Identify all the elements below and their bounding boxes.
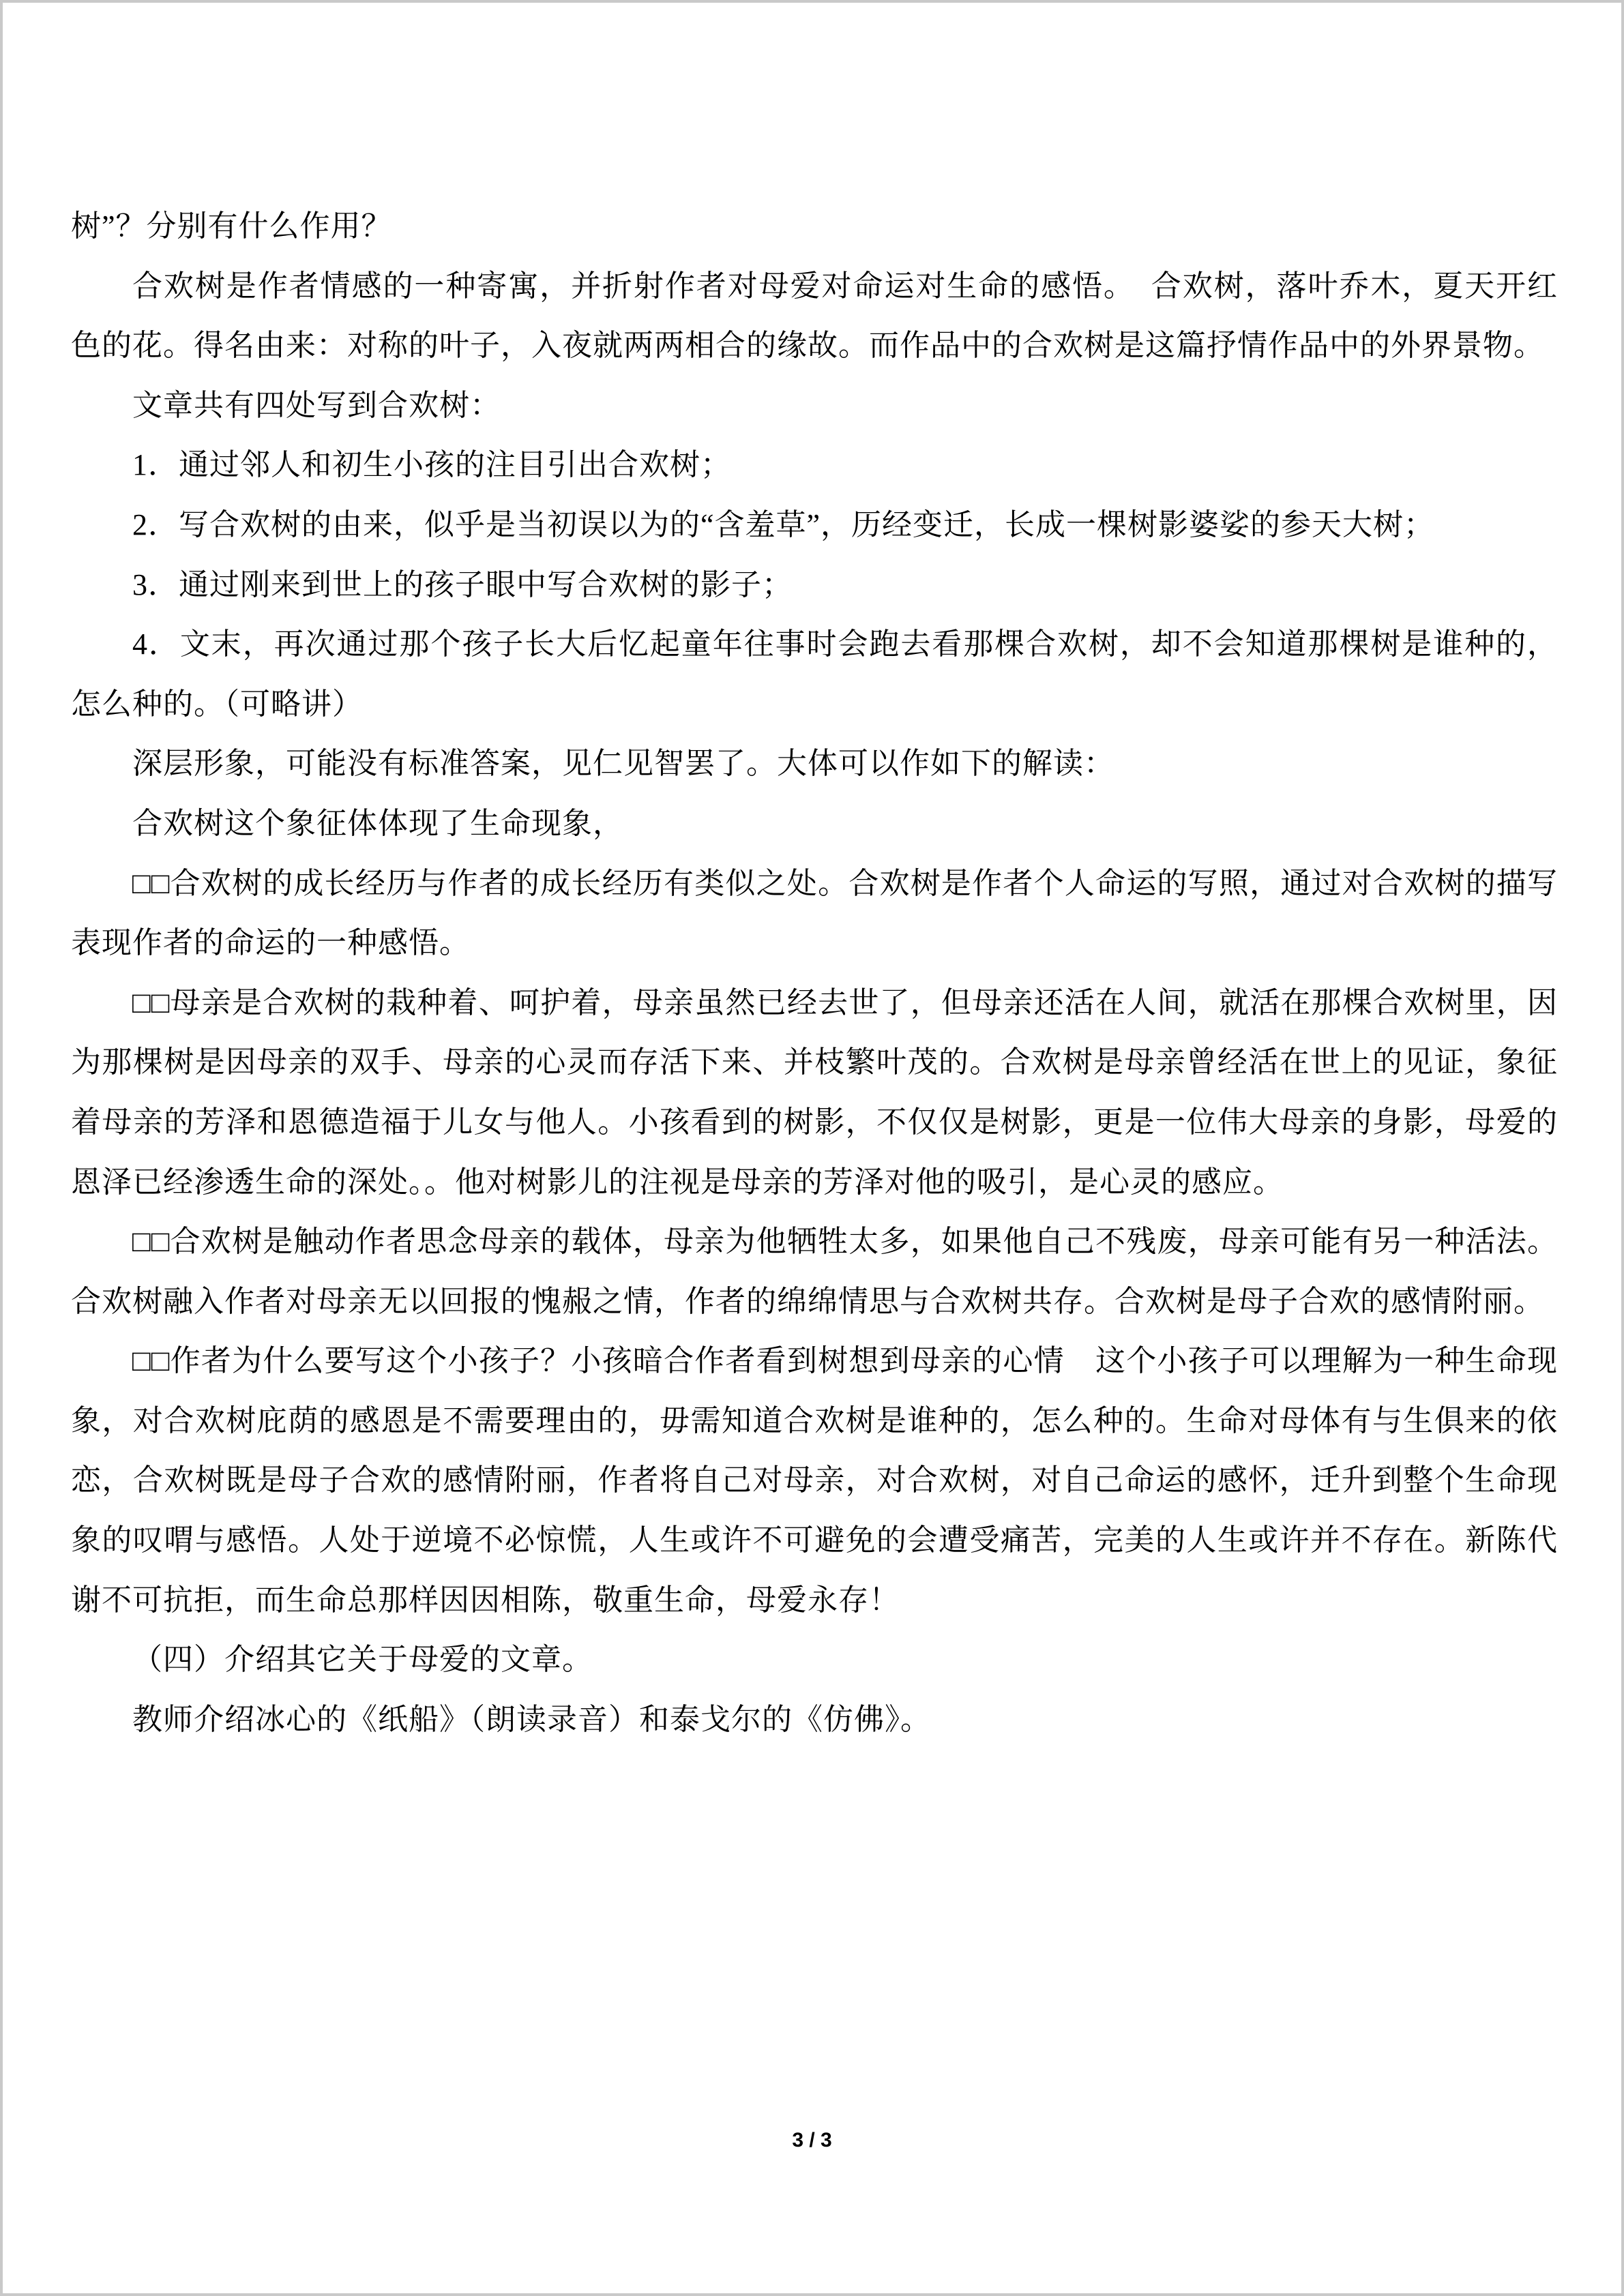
paragraph: 树”？分别有什么作用？ bbox=[71, 196, 1558, 256]
paragraph: 合欢树是作者情感的一种寄寓，并折射作者对母爱对命运对生命的感悟。 合欢树，落叶乔… bbox=[71, 256, 1558, 376]
paragraph: □□合欢树是触动作者思念母亲的载体，母亲为他牺牲太多，如果他自己不残废，母亲可能… bbox=[71, 1212, 1558, 1331]
paragraph: 深层形象，可能没有标准答案，见仁见智罢了。大体可以作如下的解读： bbox=[71, 734, 1558, 794]
paragraph: □□合欢树的成长经历与作者的成长经历有类似之处。合欢树是作者个人命运的写照，通过… bbox=[71, 854, 1558, 973]
paragraph: □□作者为什么要写这个小孩子？小孩暗合作者看到树想到母亲的心情 这个小孩子可以理… bbox=[71, 1331, 1558, 1630]
document-body: 树”？分别有什么作用？合欢树是作者情感的一种寄寓，并折射作者对母爱对命运对生命的… bbox=[71, 196, 1558, 1749]
paragraph: 合欢树这个象征体体现了生命现象， bbox=[71, 794, 1558, 854]
paragraph: 教师介绍冰心的《纸船》（朗读录音）和泰戈尔的《仿佛》。 bbox=[71, 1690, 1558, 1750]
paragraph: （四）介绍其它关于母爱的文章。 bbox=[71, 1630, 1558, 1690]
paragraph: 2．写合欢树的由来，似乎是当初误以为的“含羞草”，历经变迁，长成一棵树影婆娑的参… bbox=[71, 495, 1558, 555]
document-page: 树”？分别有什么作用？合欢树是作者情感的一种寄寓，并折射作者对母爱对命运对生命的… bbox=[0, 0, 1624, 2296]
page-number: 3 / 3 bbox=[3, 2129, 1621, 2152]
paragraph: 文章共有四处写到合欢树： bbox=[71, 376, 1558, 436]
paragraph: 1．通过邻人和初生小孩的注目引出合欢树； bbox=[71, 435, 1558, 495]
paragraph: 4．文末，再次通过那个孩子长大后忆起童年往事时会跑去看那棵合欢树，却不会知道那棵… bbox=[71, 614, 1558, 734]
paragraph: 3．通过刚来到世上的孩子眼中写合欢树的影子； bbox=[71, 555, 1558, 615]
paragraph: □□母亲是合欢树的栽种着、呵护着，母亲虽然已经去世了，但母亲还活在人间，就活在那… bbox=[71, 973, 1558, 1212]
